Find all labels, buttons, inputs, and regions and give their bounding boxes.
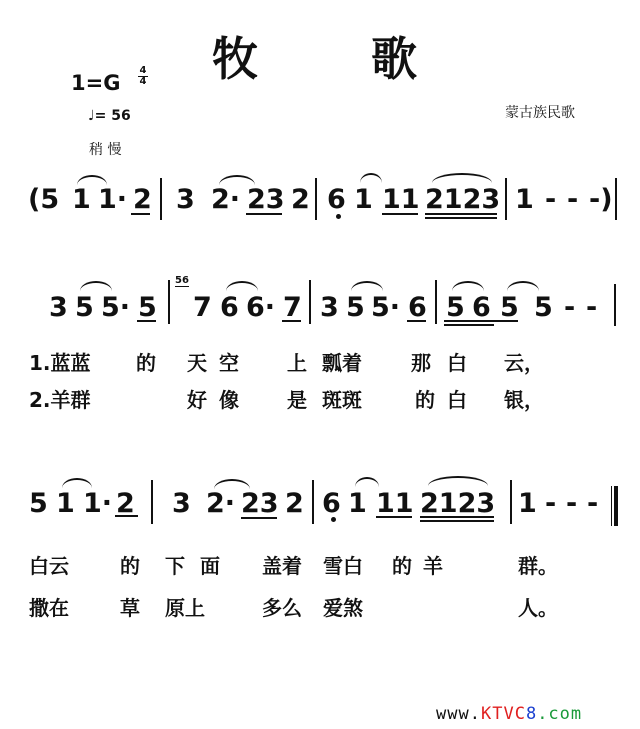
barline — [615, 178, 617, 220]
note: 2 — [133, 186, 152, 213]
note: - — [545, 490, 556, 517]
lyric: 羊 — [423, 556, 443, 576]
barline — [505, 178, 507, 220]
note: 1 — [348, 490, 367, 517]
note: 6 — [327, 186, 346, 213]
lyric: 好 — [187, 390, 207, 410]
lyric: 撒在 — [29, 598, 69, 618]
note: 5· — [371, 294, 400, 321]
slur — [355, 477, 379, 487]
note: 3 — [49, 294, 68, 321]
lyric: 白云 — [29, 556, 69, 576]
barline — [614, 284, 616, 326]
note: 3 — [320, 294, 339, 321]
slur — [360, 173, 382, 183]
note: 7 — [283, 294, 302, 321]
note: 5· — [101, 294, 130, 321]
tempo-value: = 56 — [95, 108, 131, 124]
underline — [420, 520, 494, 522]
slur — [219, 175, 255, 185]
song-origin: 蒙古族民歌 — [505, 102, 575, 122]
barline — [168, 280, 170, 324]
lyric: 的 — [415, 390, 435, 410]
note: 23 — [241, 490, 279, 517]
underline — [137, 320, 156, 322]
note: 23 — [247, 186, 285, 213]
lyric: 是 — [287, 390, 307, 410]
lower-octave-dot — [331, 517, 336, 522]
underline — [420, 516, 494, 518]
note: 7 — [193, 294, 212, 321]
lyric: 的 — [120, 556, 140, 576]
note: 5 — [500, 294, 519, 321]
note: 6 — [408, 294, 427, 321]
quarter-note-icon: ♩ — [88, 108, 95, 124]
slur — [62, 478, 92, 488]
lyric: 上 — [287, 353, 307, 373]
note: 2123 — [420, 490, 495, 517]
title-char-2: 歌 — [371, 36, 417, 82]
lyric: 的 — [136, 353, 156, 373]
barline — [160, 178, 162, 220]
lyric: 白 — [447, 353, 467, 373]
slur — [80, 281, 112, 291]
note: 2123 — [425, 186, 500, 213]
note: 3 — [172, 490, 191, 517]
lyric: 云， — [504, 353, 544, 373]
note: 6 — [220, 294, 239, 321]
final-barline-thin — [611, 486, 612, 526]
slur — [507, 281, 539, 291]
note: 1 — [56, 490, 75, 517]
note: -) — [589, 186, 613, 213]
underline — [241, 517, 277, 519]
title-char-1: 牧 — [212, 36, 258, 82]
note: (5 — [28, 186, 59, 213]
lyric: 面 — [200, 556, 220, 576]
lyric: 斑斑 — [322, 390, 362, 410]
watermark: www.KTVC8.com — [436, 704, 582, 724]
note: 11 — [376, 490, 414, 517]
slur — [351, 281, 383, 291]
underline — [382, 213, 418, 215]
watermark-8: 8 — [526, 704, 537, 724]
key-signature: 1=G — [71, 71, 120, 95]
lyric: 草 — [120, 598, 140, 618]
grace-notes: 56 — [175, 276, 189, 287]
note: 5 — [29, 490, 48, 517]
watermark-com: .com — [537, 704, 582, 724]
lyric: 盖着 — [262, 556, 302, 576]
note: 1 — [515, 186, 534, 213]
slur — [428, 476, 488, 486]
barline — [315, 178, 317, 220]
barline — [435, 280, 437, 324]
lower-octave-dot — [336, 214, 341, 219]
watermark-www: www. — [436, 704, 481, 724]
note: 2· — [211, 186, 240, 213]
lyric: 下 — [165, 556, 185, 576]
slur — [452, 281, 484, 291]
time-sig-top: 4 — [138, 66, 148, 76]
note: 2· — [206, 490, 235, 517]
lyric: 原上 — [165, 598, 205, 618]
lyric: 爱煞 — [323, 598, 363, 618]
note: 2 — [116, 490, 135, 517]
note: 1· — [83, 490, 112, 517]
expression-marking: 稍 慢 — [89, 139, 121, 159]
lyric: 的 — [392, 556, 412, 576]
underline — [425, 213, 497, 215]
slur — [214, 479, 250, 489]
final-barline-thick — [614, 486, 618, 526]
note: 2 — [285, 490, 304, 517]
watermark-tv: TV — [492, 704, 514, 724]
note: - — [587, 490, 598, 517]
underline — [425, 217, 497, 219]
note: 1 — [354, 186, 373, 213]
note: 5 — [75, 294, 94, 321]
note: 5 — [346, 294, 365, 321]
note: - — [564, 294, 575, 321]
watermark-c: C — [515, 704, 526, 724]
lyric: 1.蓝蓝 — [29, 353, 91, 373]
barline — [309, 280, 311, 324]
underline — [282, 320, 301, 322]
note: 1· — [98, 186, 127, 213]
underline — [115, 515, 138, 517]
tempo-marking: ♩= 56 — [88, 108, 131, 124]
lyric: 银， — [504, 390, 544, 410]
barline — [151, 480, 153, 524]
lyric: 白 — [447, 390, 467, 410]
note: - — [567, 186, 578, 213]
note: 6· — [246, 294, 275, 321]
slur — [226, 281, 258, 291]
slur — [77, 175, 107, 185]
lyric: 像 — [219, 390, 239, 410]
watermark-k: K — [481, 704, 492, 724]
barline — [312, 480, 314, 524]
note: - — [566, 490, 577, 517]
note: - — [586, 294, 597, 321]
barline — [510, 480, 512, 524]
time-signature: 4 4 — [138, 66, 148, 87]
note: 5 — [534, 294, 553, 321]
lyric: 雪白 — [323, 556, 363, 576]
note: 6 — [472, 294, 491, 321]
underline — [444, 324, 494, 326]
underline — [376, 516, 412, 518]
note: 1 — [518, 490, 537, 517]
lyric: 瓢着 — [322, 353, 362, 373]
underline — [444, 320, 518, 322]
note: 11 — [382, 186, 420, 213]
lyric: 人。 — [518, 598, 558, 618]
note: 1 — [72, 186, 91, 213]
underline — [131, 213, 150, 215]
note: 5 — [446, 294, 465, 321]
note: 3 — [176, 186, 195, 213]
slur — [432, 173, 492, 183]
lyric: 多么 — [262, 598, 302, 618]
note: - — [545, 186, 556, 213]
note: 5 — [138, 294, 157, 321]
underline — [246, 213, 282, 215]
note: 2 — [291, 186, 310, 213]
note: 6 — [322, 490, 341, 517]
lyric: 天 — [187, 353, 207, 373]
lyric: 那 — [411, 353, 431, 373]
lyric: 2.羊群 — [29, 390, 91, 410]
lyric: 群。 — [518, 556, 558, 576]
underline — [407, 320, 426, 322]
lyric: 空 — [219, 353, 239, 373]
time-sig-bottom: 4 — [138, 76, 148, 87]
